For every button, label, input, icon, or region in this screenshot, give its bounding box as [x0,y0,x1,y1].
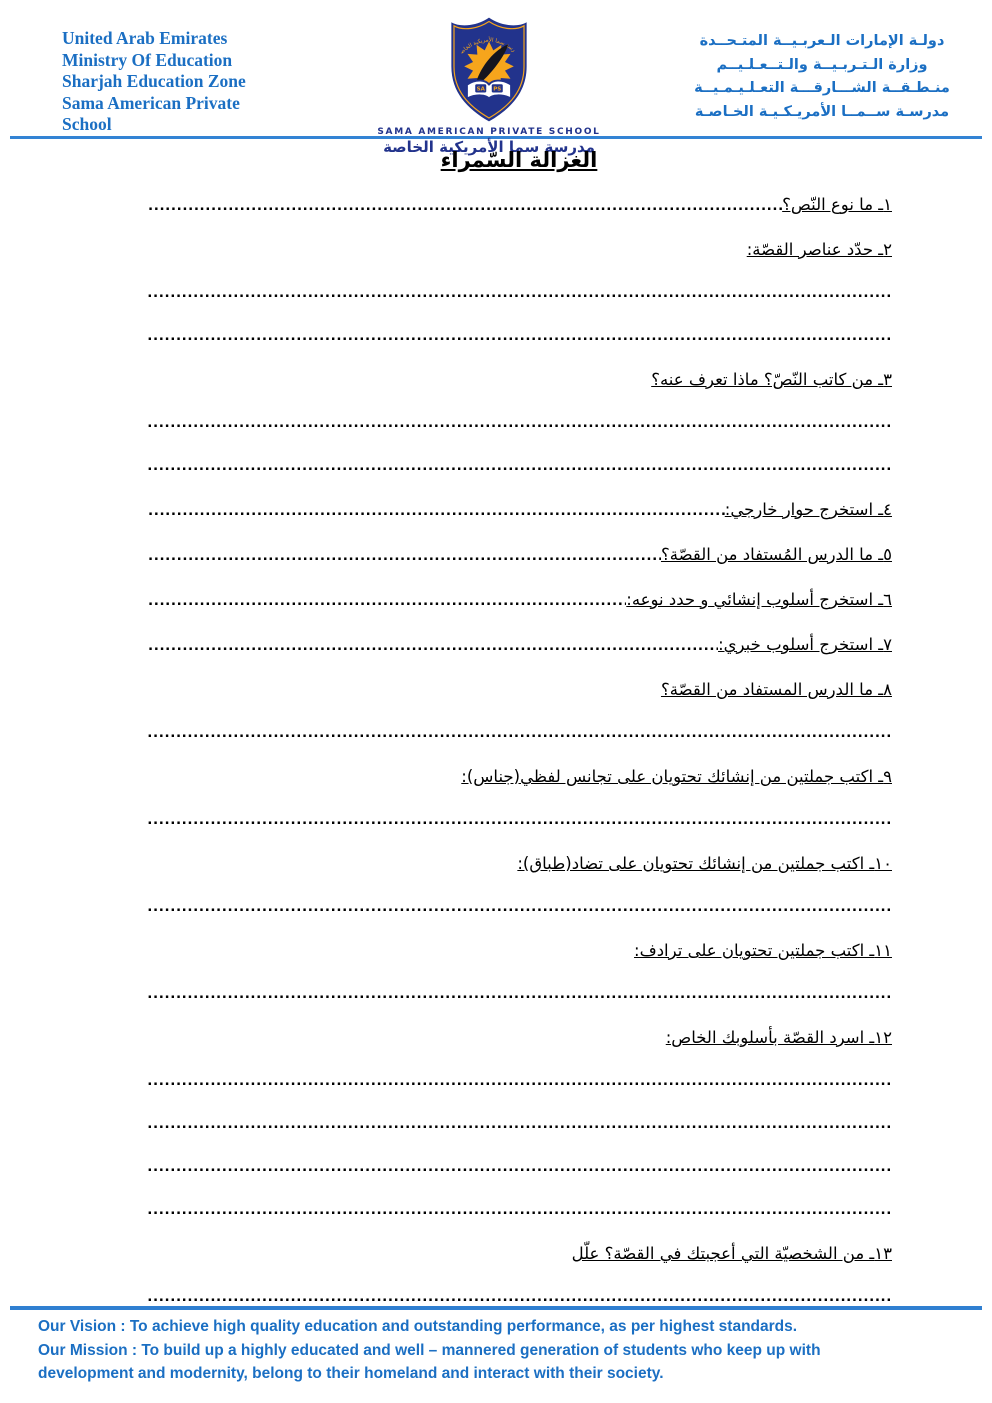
answer-dots-inline: ........................................… [146,544,661,568]
question-12: ١٢ـ اسرد القصّة بأسلوبك الخاص: [146,1026,892,1050]
header-arabic-line: وزارة الـتـربـيــة والـتــعـلـيــم [678,54,966,78]
answer-dotted-line: ........................................… [146,722,892,745]
question-10: ١٠ـ اكتب جملتين من إنشائك تحتويان على تض… [146,852,892,876]
school-crest-icon: مدرسة سما الأمريكية الخاصة SA PS [441,14,537,126]
question-8: ٨ـ ما الدرس المستفاد من القصّة؟ [146,678,892,702]
header-english-line: Ministry Of Education [62,50,300,72]
question-9: ٩ـ اكتب جملتين من إنشائك تحتويان على تجا… [146,765,892,789]
answer-dotted-line: ........................................… [146,1113,892,1136]
school-info-arabic: دولـة الإمارات الـعربـيــة المتـحــدة وز… [678,26,966,124]
answer-dotted-line: ........................................… [146,412,892,435]
answer-dots-inline: ........................................… [146,499,725,523]
answer-dotted-line: ........................................… [146,1070,892,1093]
question-5: ٥ـ ما الدرس المُستفاد من القصّة؟ .......… [146,543,892,568]
page-header: United Arab Emirates Ministry Of Educati… [0,0,992,136]
answer-dotted-line: ........................................… [146,282,892,305]
question-6: ٦ـ استخرج أسلوب إنشائي و حدد نوعه: .....… [146,588,892,613]
header-arabic-line: مدرسـة ســمــا الأمريـكـيـة الخـاصـة [678,101,966,125]
header-arabic-line: دولـة الإمارات الـعربـيــة المتـحــدة [678,30,966,54]
answer-dots-inline: ........................................… [146,589,626,613]
vision-statement: Our Vision : To achieve high quality edu… [38,1315,912,1339]
monogram-right: PS [493,87,501,93]
worksheet-page: United Arab Emirates Ministry Of Educati… [0,0,992,1403]
answer-dots-inline: ........................................… [146,194,782,218]
answer-dotted-line: ........................................… [146,896,892,919]
answer-dotted-line: ........................................… [146,1199,892,1222]
question-2: ٢ـ حدّد عناصر القصّة: [146,238,892,262]
header-english-line: Sharjah Education Zone [62,71,300,93]
header-arabic-line: منـطـقــة الشـــارقـــة التعـلـيـمـيــة [678,77,966,101]
question-11: ١١ـ اكتب جملتين تحتويان على ترادف: [146,939,892,963]
logo-school-name-english: SAMA AMERICAN PRIVATE SCHOOL [377,127,600,137]
answer-dotted-line: ........................................… [146,325,892,348]
worksheet-body: الغزالة السّمراء ١ـ ما نوع النّص؟ ......… [146,147,892,1309]
worksheet-title: الغزالة السّمراء [146,147,892,173]
answer-dotted-line: ........................................… [146,1156,892,1179]
monogram-left: SA [477,87,486,93]
school-info-english: United Arab Emirates Ministry Of Educati… [62,26,300,136]
mission-statement: Our Mission : To build up a highly educa… [38,1339,912,1386]
question-4: ٤ـ استخرج حوار خارجي: ..................… [146,498,892,523]
open-book-icon [467,81,511,99]
answer-dotted-line: ........................................… [146,455,892,478]
question-1: ١ـ ما نوع النّص؟ .......................… [146,193,892,218]
header-english-line: School [62,114,300,136]
header-english-line: United Arab Emirates [62,28,300,50]
school-logo: مدرسة سما الأمريكية الخاصة SA PS SAMA AM… [300,14,678,156]
question-7: ٧ـ استخرج أسلوب خبري: ..................… [146,633,892,658]
answer-dotted-line: ........................................… [146,983,892,1006]
footer-divider [10,1306,982,1310]
question-3: ٣ـ من كاتب النّصّ؟ ماذا تعرف عنه؟ [146,368,892,392]
page-footer: Our Vision : To achieve high quality edu… [0,1306,992,1386]
header-english-line: Sama American Private [62,93,300,115]
answer-dotted-line: ........................................… [146,809,892,832]
question-13: ١٣ـ من الشخصيّة التي أعجبتك في القصّة؟ ع… [146,1242,892,1266]
answer-dots-inline: ........................................… [146,634,718,658]
